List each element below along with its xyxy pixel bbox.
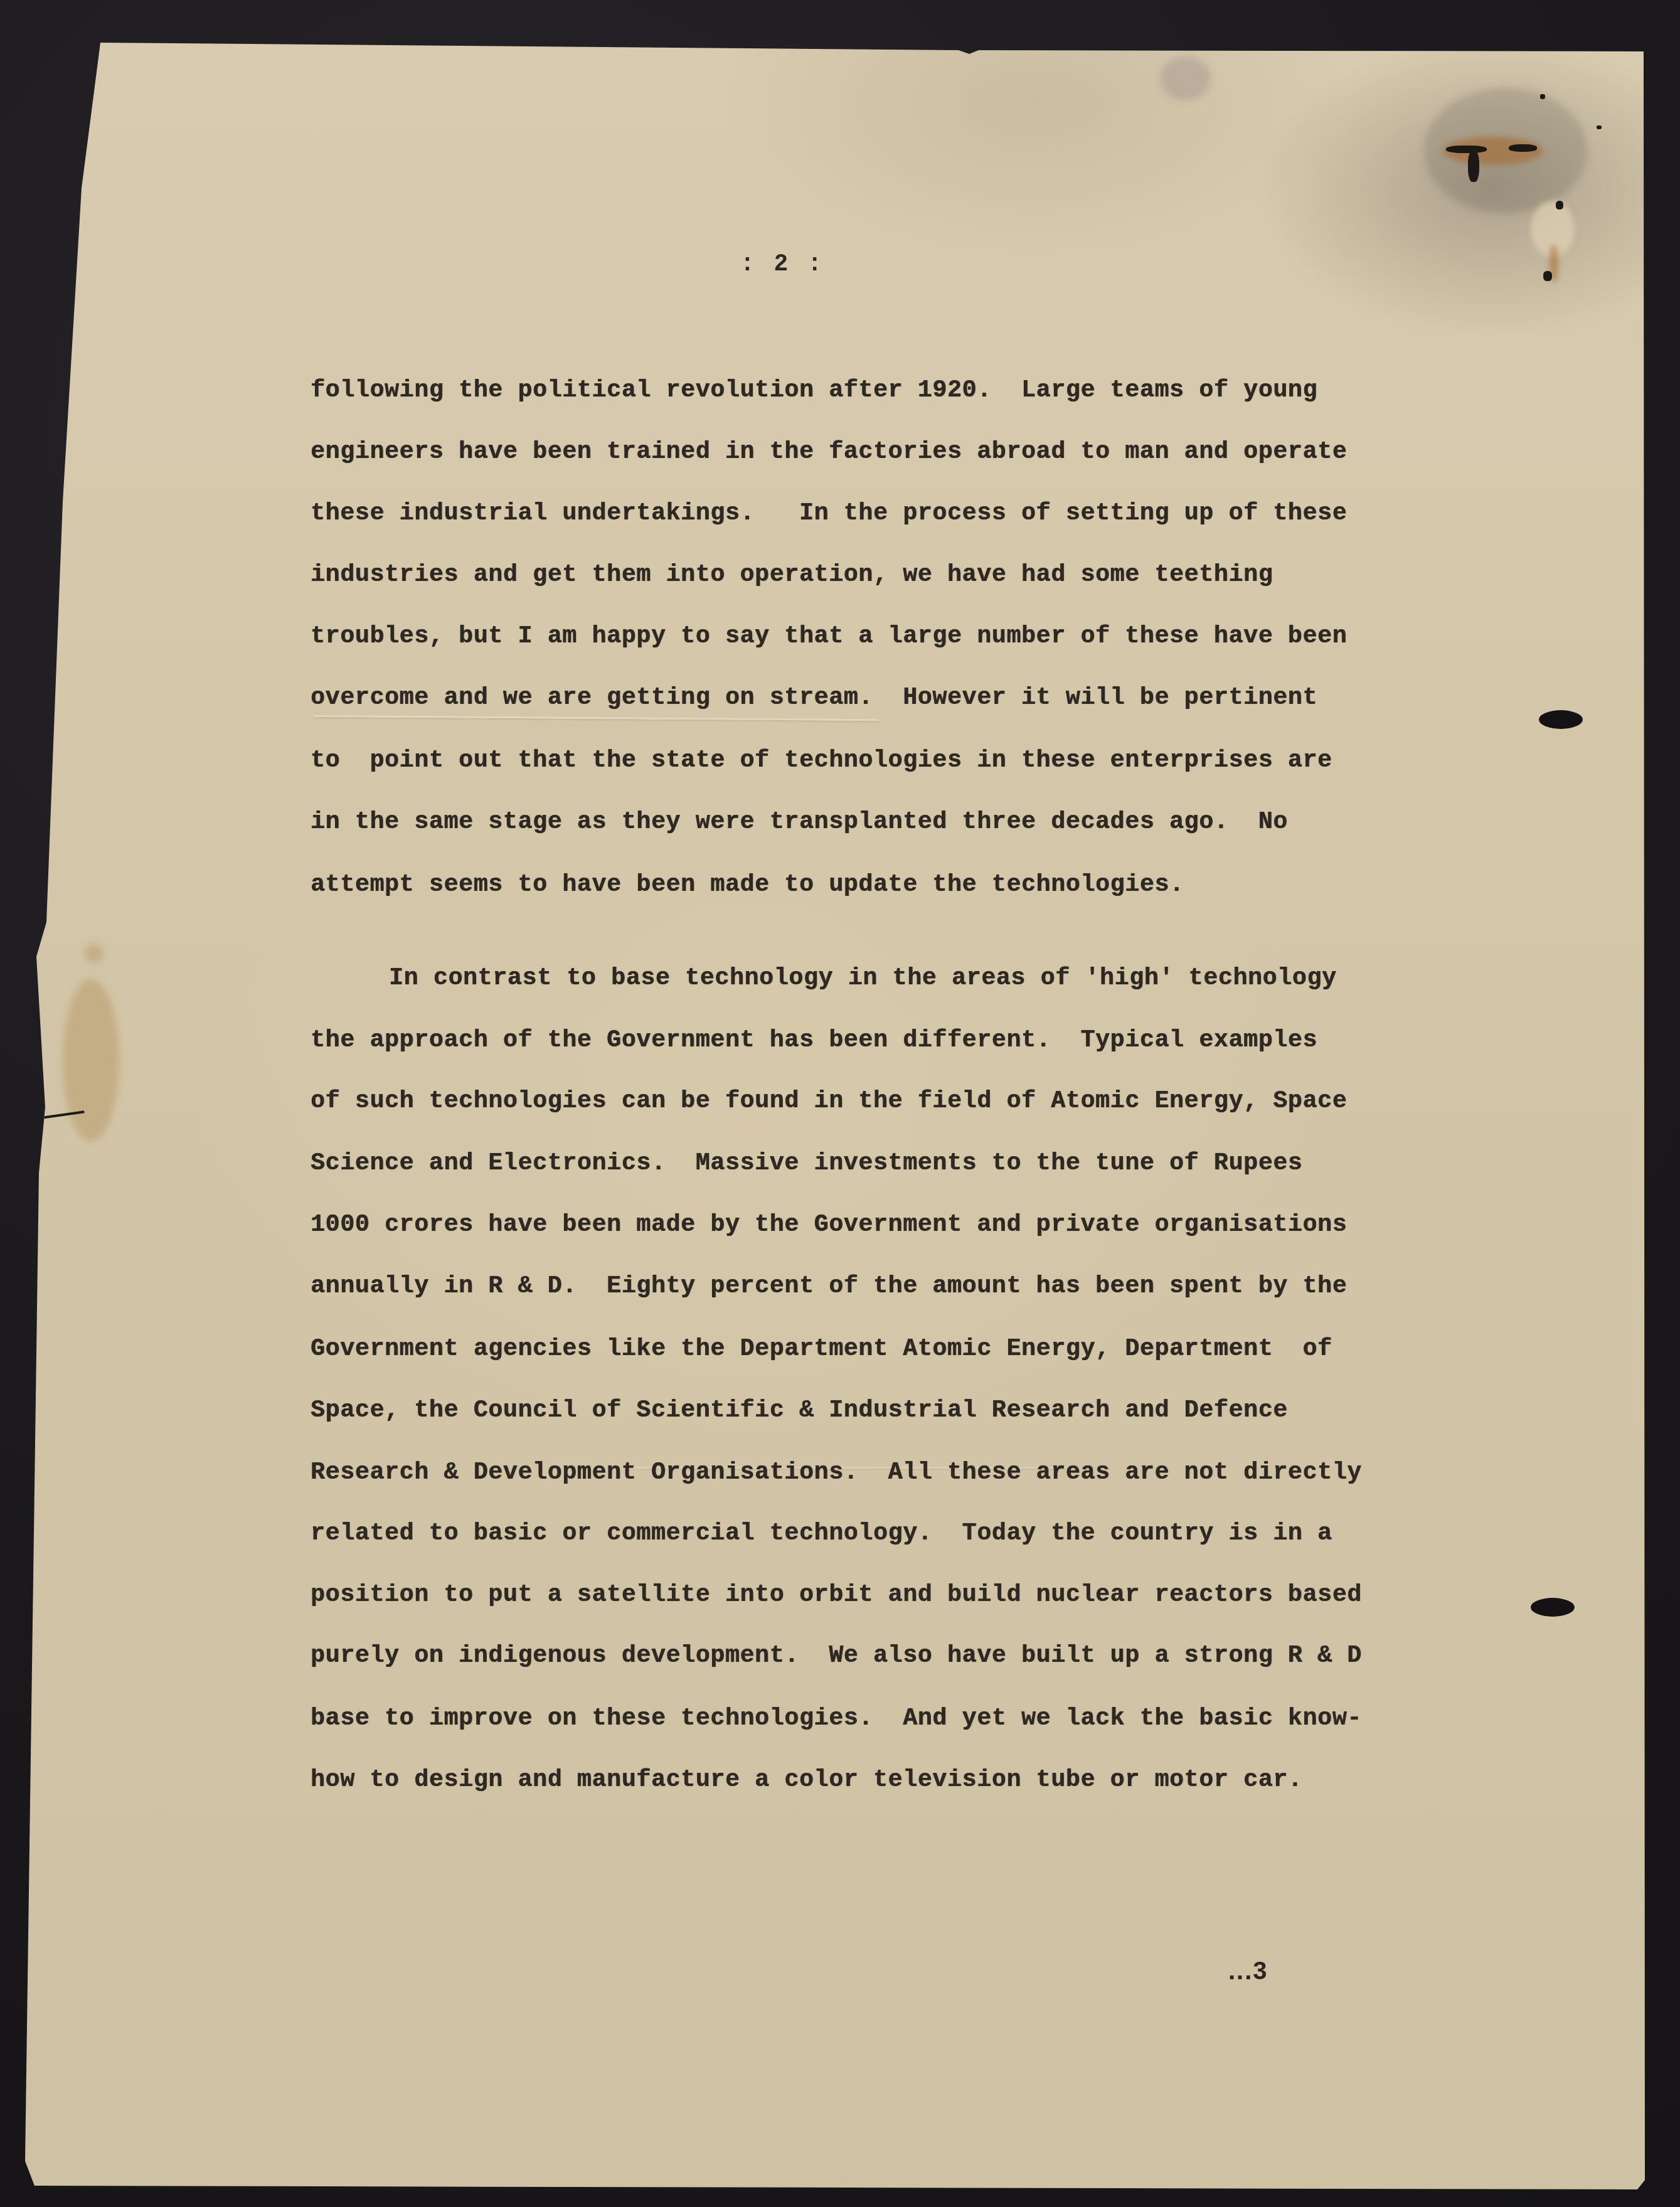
typewritten-page: : 2 : following the political revolution…	[0, 0, 1680, 2207]
text-line: engineers have been trained in the facto…	[311, 438, 1347, 465]
staple-hole-mark	[1468, 151, 1479, 182]
text-line: of such technologies can be found in the…	[311, 1087, 1347, 1115]
text-line: troubles, but I am happy to say that a l…	[311, 622, 1347, 650]
text-line: the approach of the Government has been …	[311, 1026, 1317, 1054]
text-line: to point out that the state of technolog…	[311, 747, 1332, 774]
text-line: In contrast to base technology in the ar…	[389, 964, 1337, 992]
smudge	[1161, 56, 1211, 100]
text-line: related to basic or commercial technolog…	[311, 1519, 1332, 1547]
water-stain	[85, 944, 104, 963]
text-line: purely on indigenous development. We als…	[311, 1642, 1362, 1669]
text-line: 1000 crores have been made by the Govern…	[311, 1211, 1347, 1238]
staple-hole-mark	[1446, 146, 1487, 153]
continuation-marker: ...3	[1228, 1957, 1268, 1986]
text-line: Science and Electronics. Massive investm…	[311, 1149, 1302, 1177]
text-line: in the same stage as they were transplan…	[311, 808, 1288, 836]
staple-hole-mark	[1509, 144, 1537, 152]
water-stain	[63, 979, 119, 1142]
rust-dot	[1540, 94, 1545, 99]
rust-dot	[1597, 125, 1602, 129]
text-line: base to improve on these technologies. A…	[311, 1704, 1362, 1732]
rust-dot	[1543, 271, 1552, 281]
punch-hole-bottom	[1531, 1598, 1575, 1617]
text-line: annually in R & D. Eighty percent of the…	[311, 1272, 1347, 1300]
text-line: Government agencies like the Department …	[311, 1335, 1332, 1363]
text-line: attempt seems to have been made to updat…	[311, 871, 1184, 898]
punch-hole-top	[1539, 710, 1583, 729]
text-line: these industrial undertakings. In the pr…	[311, 499, 1347, 527]
text-line: Space, the Council of Scientific & Indus…	[311, 1396, 1288, 1424]
text-line: how to design and manufacture a color te…	[311, 1766, 1302, 1794]
text-line: overcome and we are getting on stream. H…	[311, 684, 1317, 711]
paper-crease	[314, 715, 878, 721]
text-line: industries and get them into operation, …	[311, 561, 1273, 588]
text-line: Research & Development Organisations. Al…	[311, 1459, 1362, 1486]
text-line: position to put a satellite into orbit a…	[311, 1581, 1362, 1609]
text-line: following the political revolution after…	[311, 376, 1317, 404]
page-number: : 2 :	[740, 251, 824, 278]
rust-dot	[1556, 201, 1563, 210]
